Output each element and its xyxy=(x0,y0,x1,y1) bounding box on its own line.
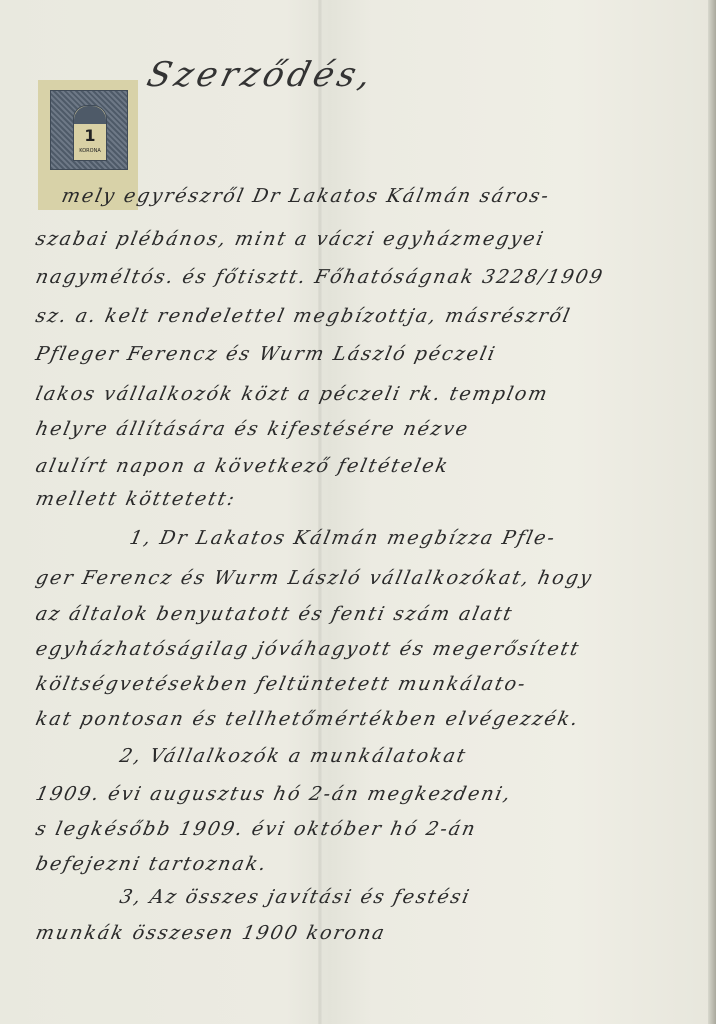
clause-1-line: 1, Dr Lakatos Kálmán megbízza Pfle- xyxy=(128,527,559,549)
text-line: kat pontosan és tellhetőmértékben elvége… xyxy=(34,708,582,730)
text-line: nagyméltós. és főtisztt. Főhatóságnak 32… xyxy=(34,266,606,288)
page-edge xyxy=(708,0,716,1024)
text-line: Pfleger Ferencz és Wurm László péczeli xyxy=(34,343,499,365)
text-line: s legkésőbb 1909. évi október hó 2-án xyxy=(34,818,479,840)
stamp-window: 1 KORONA xyxy=(73,105,107,161)
text-line: mellett köttetett: xyxy=(34,488,239,510)
clause-3-line: 3, Az összes javítási és festési xyxy=(118,886,473,908)
text-line: mely egyrészről Dr Lakatos Kálmán sáros- xyxy=(60,185,553,207)
crown-icon xyxy=(74,106,106,124)
text-line: az általok benyutatott és fenti szám ala… xyxy=(34,603,516,625)
text-line: egyházhatóságilag jóváhagyott és megerős… xyxy=(34,638,583,660)
stamp-unit: KORONA xyxy=(74,148,106,154)
text-line: munkák összesen 1900 korona xyxy=(34,922,388,944)
stamp-value: 1 xyxy=(74,126,106,145)
text-line: 1909. évi augusztus hó 2-án megkezdeni, xyxy=(34,783,514,805)
text-line: szabai plébános, mint a váczi egyházmegy… xyxy=(34,228,547,250)
text-line: alulírt napon a következő feltételek xyxy=(34,455,452,477)
document-page: Szerződés, 1 KORONA mely egyrészről Dr L… xyxy=(0,0,716,1024)
text-line: helyre állítására és kifestésére nézve xyxy=(34,418,472,440)
paper-fold xyxy=(318,0,322,1024)
text-line: ger Ferencz és Wurm László vállalkozókat… xyxy=(34,567,595,589)
text-line: befejezni tartoznak. xyxy=(34,853,270,875)
clause-2-line: 2, Vállalkozók a munkálatokat xyxy=(118,745,469,767)
stamp-ornament-icon: 1 KORONA xyxy=(50,90,128,170)
document-title: Szerződés, xyxy=(143,55,379,95)
text-line: költségvetésekben feltüntetett munkálato… xyxy=(34,673,529,695)
text-line: sz. a. kelt rendelettel megbízottja, más… xyxy=(34,305,574,327)
text-line: lakos vállalkozók közt a péczeli rk. tem… xyxy=(34,383,551,405)
